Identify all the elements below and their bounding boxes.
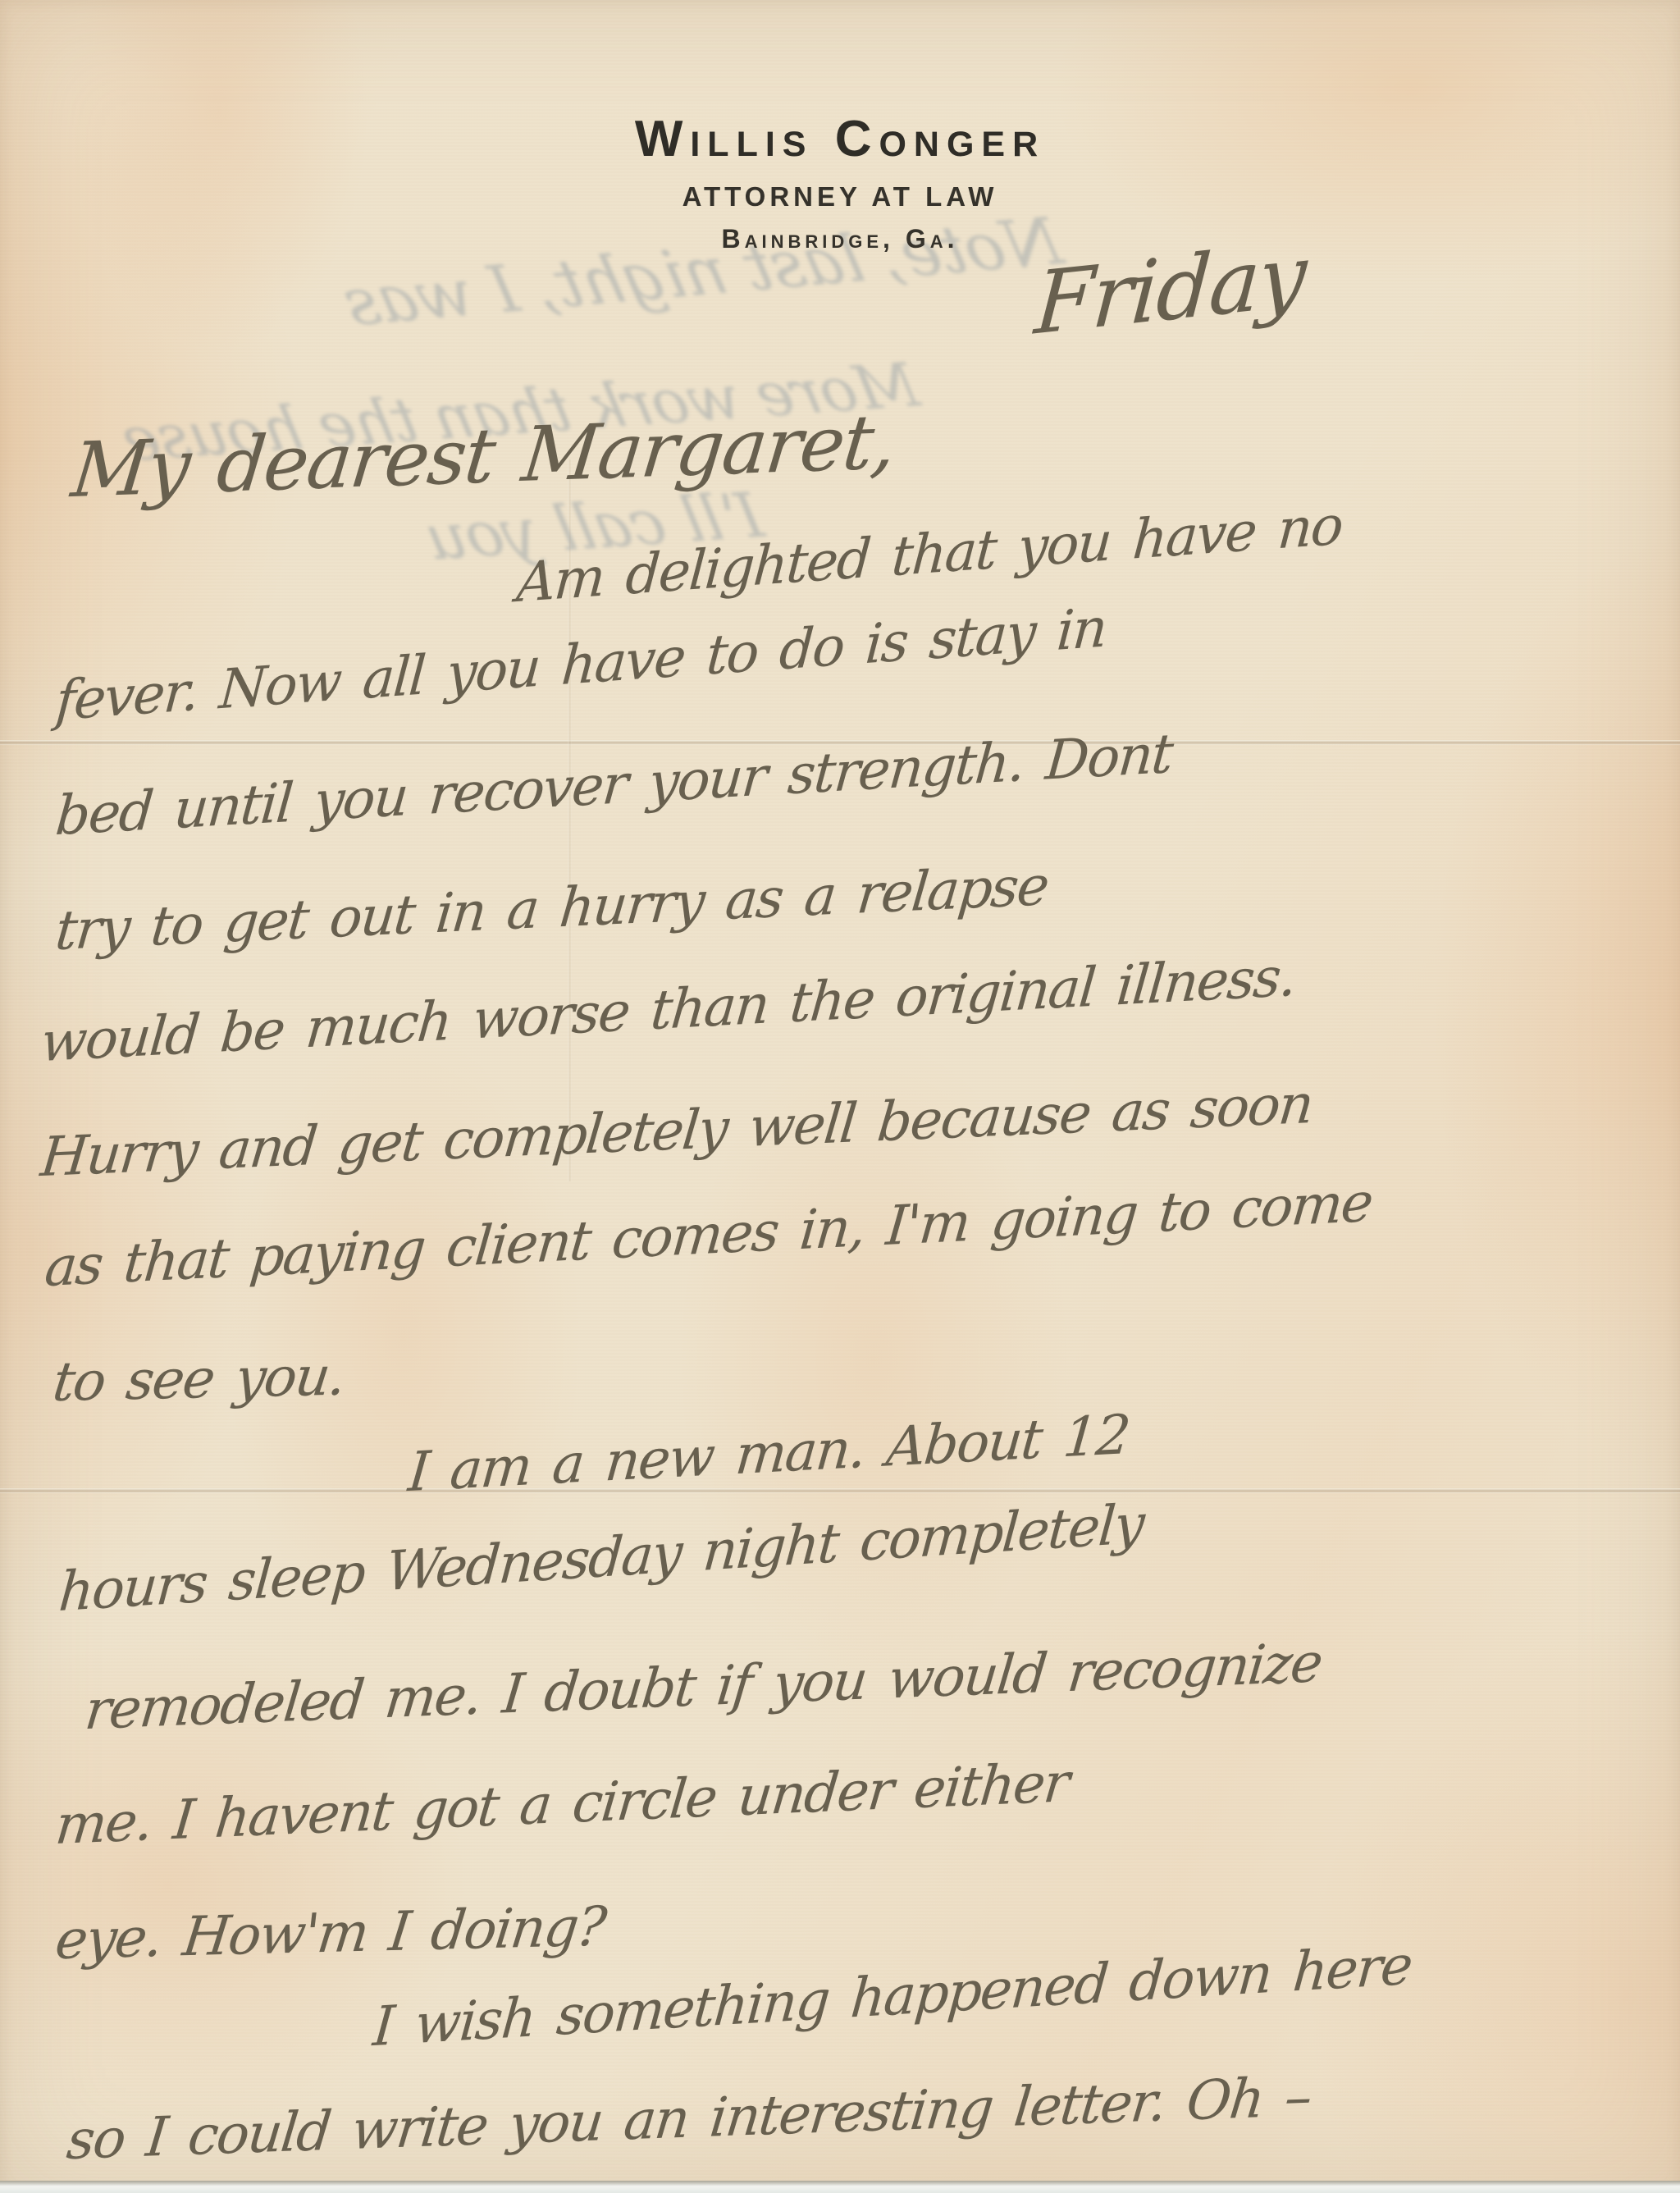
letter-line: as that paying client comes in, I'm goin… <box>43 1176 1374 1295</box>
letterhead-name: Willis Conger <box>0 110 1680 168</box>
letter-line: Hurry and get completely well because as… <box>39 1077 1315 1185</box>
letterhead-title: Attorney at Law <box>0 181 1680 212</box>
letterhead-location: Bainbridge, Ga. <box>0 224 1680 254</box>
letter-line: to see you. <box>50 1349 348 1409</box>
letter-line: eye. How'm I doing? <box>52 1900 608 1968</box>
letter-line: I am a new man. About 12 <box>406 1408 1131 1500</box>
letter-line: try to get out in a hurry as a relapse <box>53 859 1050 958</box>
letter-line: bed until you recover your strength. Don… <box>53 727 1174 843</box>
letter-line: hours sleep Wednesday night completely <box>57 1497 1145 1620</box>
letter-line: me. I havent got a circle under either <box>53 1756 1071 1853</box>
letterhead: Willis Conger Attorney at Law Bainbridge… <box>0 110 1680 254</box>
scanned-letter-page: Note, last night, I was More work than t… <box>0 0 1680 2193</box>
fold-crease-lower <box>0 1488 1680 1493</box>
letter-line: fever. Now all you have to do is stay in <box>54 601 1108 729</box>
date-line: Friday <box>1032 232 1308 347</box>
letter-line: so I could write you an interesting lett… <box>65 2070 1313 2168</box>
letter-line: remodeled me. I doubt if you would recog… <box>83 1636 1324 1738</box>
letter-line: would be much worse than the original il… <box>39 950 1298 1071</box>
scanner-edge-strip <box>0 2181 1680 2193</box>
